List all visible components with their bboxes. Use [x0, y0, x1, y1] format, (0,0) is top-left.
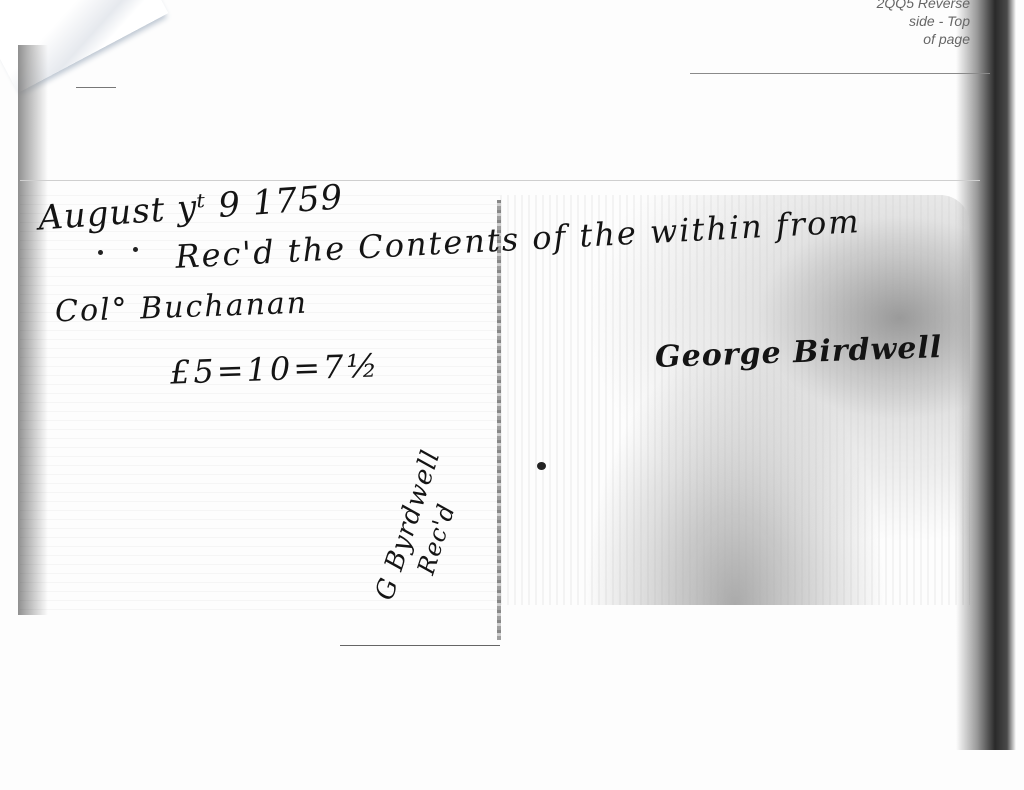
- archive-note-line3: of page: [800, 30, 970, 48]
- endorsement-flap: [340, 600, 500, 646]
- ink-dot: [133, 247, 138, 252]
- short-dash-mark: [76, 87, 116, 88]
- ink-blot: [537, 462, 546, 470]
- archive-note-line2: side - Top: [800, 12, 970, 30]
- archive-note: 2QQ5 Reverse side - Top of page: [800, 0, 970, 48]
- ink-dot: [98, 250, 103, 255]
- document-top-edge: [20, 180, 980, 181]
- top-rule-line: [690, 73, 990, 74]
- receipt-amount: £5=10=7½: [169, 346, 381, 391]
- archive-note-line1: 2QQ5 Reverse: [800, 0, 970, 12]
- fold-crease: [497, 200, 501, 640]
- right-panel-stain: [500, 195, 970, 605]
